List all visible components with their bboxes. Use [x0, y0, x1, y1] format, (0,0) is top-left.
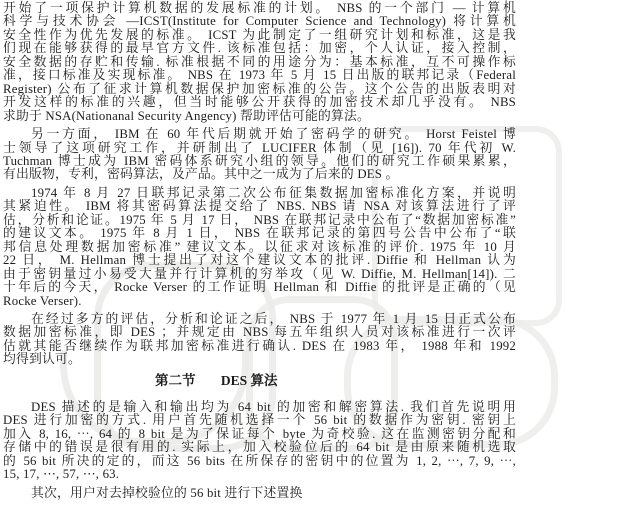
paragraph-ibm-research: 另一方面， IBM 在 60 年代后期就开始了密码学的研究。 Horst Fei… [3, 128, 516, 182]
text-line: Rocke Verser). [3, 295, 516, 308]
text-line: 十年后的今天， Rocke Verser 的工作证明 Hellman 和 Dif… [3, 281, 516, 294]
text-line: 们现在能够获得的最早官方文件. 该标准包括：加密，个人认证，接入控制， [3, 42, 516, 55]
text-line: 均得到认可。 [3, 353, 516, 366]
section-heading: 第二节 DES 算法 [155, 373, 516, 389]
text-line: 科学与技术协会 —ICST(Institute for Computer Sci… [3, 15, 516, 28]
text-line: 求助于 NSA(Nationanal Security Angency) 帮助评… [3, 110, 516, 123]
section-title: DES 算法 [221, 373, 278, 388]
text-line: 估就其能否继续作为联邦加密标准进行确认. DES 在 1983 年， 1988 … [3, 340, 516, 353]
text-line: 的建议文本。 1975 年 8 月 1 日， NBS 在联邦记录的第四号公告中公… [3, 227, 516, 240]
text-line: 22 日， M. Hellman 博士提出了对这个建议文本的批评. Diffie… [3, 254, 516, 267]
text-line: 开发这样的标准的兴趣，但当时能够公开获得的加密技术却几乎没有。 NBS [3, 96, 516, 109]
text-line: 士领导了这项研究工作，并研制出了 LUCIFER 体制（见 [16]). 70 … [3, 142, 516, 155]
text-line: DES 进行加密的方式. 用户首先随机选择一个 56 bit 的数据作为密钥. … [3, 414, 516, 427]
section-number: 第二节 [155, 373, 196, 388]
document-page: 开始了一项保护计算机数据的发展标准的计划。 NBS 的一个部门 — 计算机 科学… [0, 0, 640, 500]
text-line: 数据加密标准，即 DES ；并规定由 NBS 每五年组织人员对该标准进行一次评 [3, 326, 516, 339]
paragraph-des-approval: 在经过多方的评估，分析和论证之后， NBS 于 1977 年 1 月 15 日正… [3, 313, 516, 367]
paragraph-des-description: DES 描述的是输入和输出均为 64 bit 的加密和解密算法. 我们首先说明用… [3, 401, 516, 482]
text-line: 另一方面， IBM 在 60 年代后期就开始了密码学的研究。 Horst Fei… [3, 128, 516, 141]
text-line: 15, 17, ⋯, 57, ⋯, 63. [3, 468, 516, 481]
paragraph-permutation-intro: 其次，用户对去掉校验位的 56 bit 进行下述置换 [3, 487, 516, 500]
text-line: 其次，用户对去掉校验位的 56 bit 进行下述置换 [3, 487, 516, 500]
paragraph-nbs-program: 开始了一项保护计算机数据的发展标准的计划。 NBS 的一个部门 — 计算机 科学… [3, 2, 516, 123]
text-line: 的 56 bit 所决的定的，而这 56 bits 在所保存的密钥中的位置为 1… [3, 455, 516, 468]
text-line: 存储中的错误是很有用的. 实际上，加入校验位后的 64 bit 是由原来随机选取 [3, 441, 516, 454]
text-line: 其紧迫性。 IBM 将其密码算法提交给了 NBS. NBS 请 NSA 对该算法… [3, 200, 516, 213]
paragraph-standardization: 1974 年 8 月 27 日联邦记录第二次公布征集数据加密标准化方案，并说明 … [3, 187, 516, 308]
text-line: 准，接口标准及实现标准。 NBS 在 1973 年 5 月 15 日出版的联邦记… [3, 69, 516, 82]
text-line: 有出版物，专利，密码算法，及产品。其中之一成为了后来的 DES 。 [3, 168, 516, 181]
